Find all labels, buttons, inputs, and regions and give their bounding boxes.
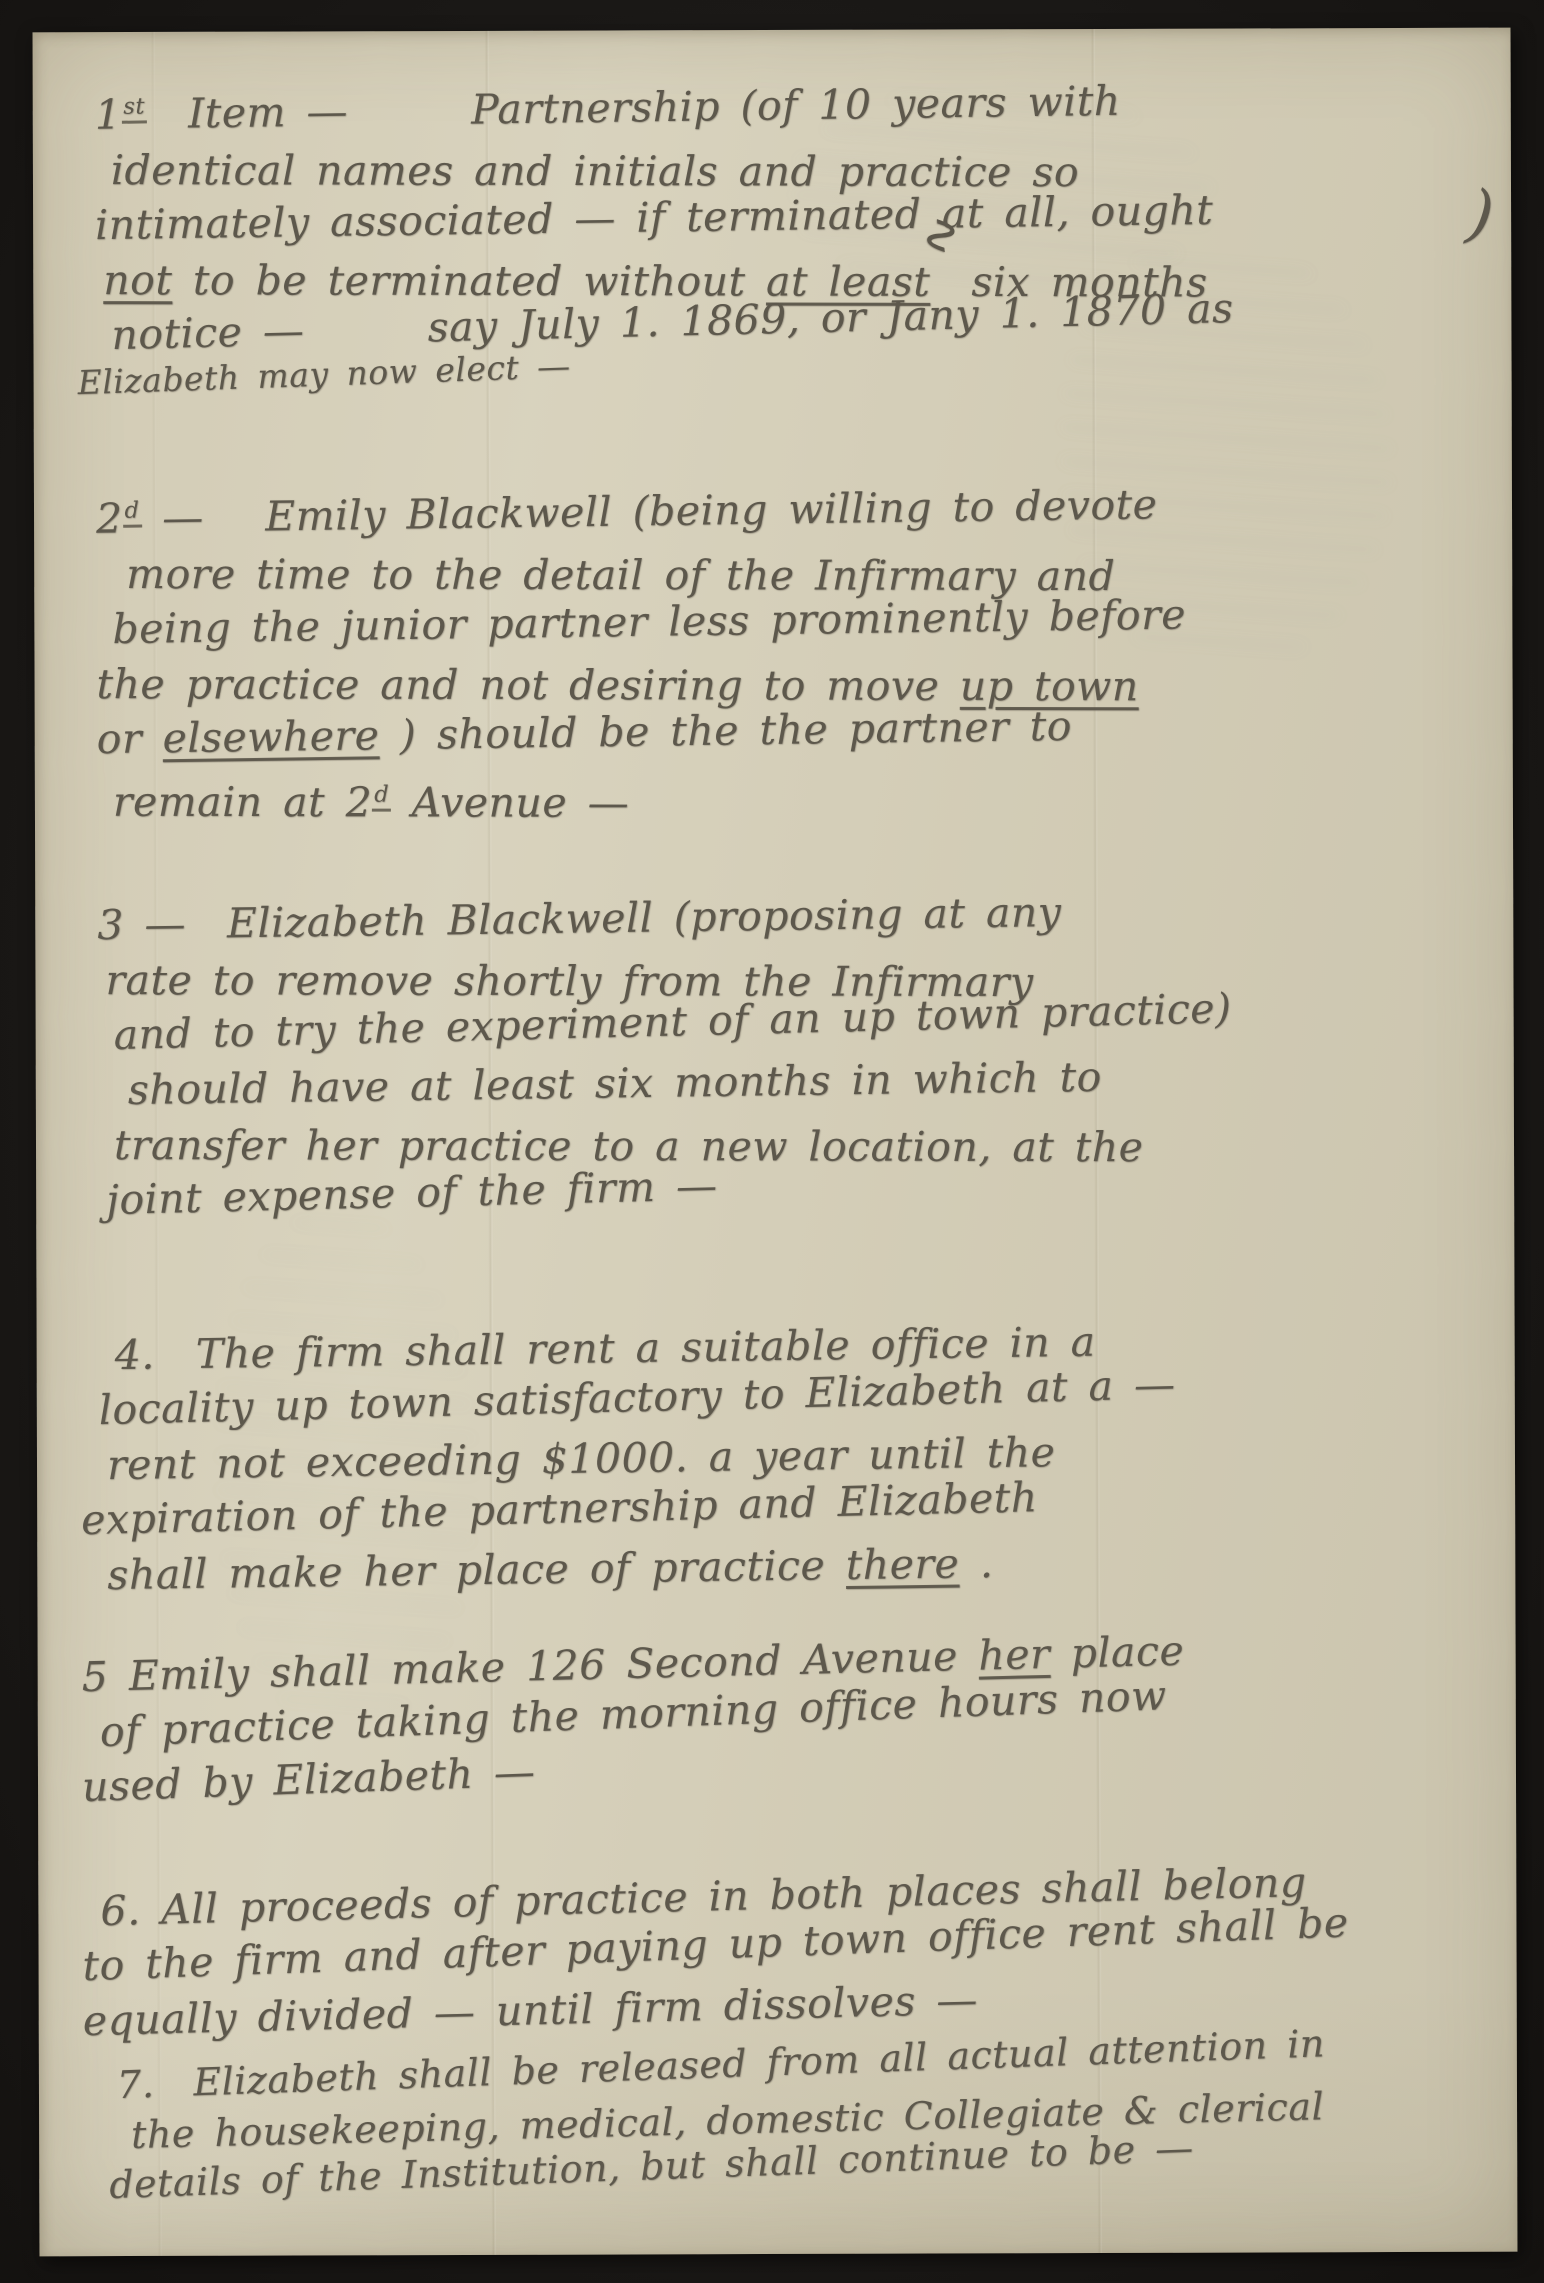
manuscript-item-2: 2d — Emily Blackwell (being willing to d… bbox=[96, 481, 1187, 830]
text-segment: or bbox=[96, 714, 162, 763]
text-segment: 2 bbox=[96, 494, 123, 542]
text-segment: shall make her place of practice bbox=[107, 1541, 846, 1599]
handwriting-line: shall make her place of practice there . bbox=[107, 1534, 1177, 1604]
margin-mark: ) bbox=[1463, 176, 1498, 253]
manuscript-item-4: 4. The firm shall rent a suitable office… bbox=[99, 1325, 1177, 1603]
text-segment: . bbox=[959, 1539, 994, 1587]
text-segment: ) should be the the partner to bbox=[379, 702, 1072, 759]
manuscript-item-1: 1st Item — Partnership (of 10 years with… bbox=[95, 77, 1234, 403]
text-segment: — Emily Blackwell (being willing to devo… bbox=[141, 480, 1157, 542]
handwriting-line: 2d — Emily Blackwell (being willing to d… bbox=[96, 469, 1186, 546]
ordinal-suffix: d bbox=[122, 498, 141, 528]
text-segment: Item — Partnership (of 10 years with bbox=[147, 77, 1121, 138]
text-segment: remain at 2 bbox=[113, 777, 372, 826]
manuscript-page: ) ∿ 1st Item — Partnership (of 10 years … bbox=[33, 28, 1518, 2257]
handwriting-line: remain at 2d Avenue — bbox=[113, 767, 1187, 832]
underlined-word: not bbox=[103, 256, 172, 304]
text-segment: 1 bbox=[94, 90, 121, 138]
ordinal-suffix: st bbox=[121, 93, 147, 123]
underlined-word: there bbox=[845, 1540, 959, 1590]
handwriting-line: 1st Item — Partnership (of 10 years with bbox=[94, 65, 1233, 143]
manuscript-item-7: 7. Elizabeth shall be released from all … bbox=[101, 2056, 1326, 2210]
underlined-word: elsewhere bbox=[162, 711, 379, 762]
manuscript-item-3: 3 — Elizabeth Blackwell (proposing at an… bbox=[97, 895, 1232, 1229]
handwriting-line: 3 — Elizabeth Blackwell (proposing at an… bbox=[97, 883, 1232, 953]
ordinal-suffix: d bbox=[372, 781, 391, 811]
scan-background: ) ∿ 1st Item — Partnership (of 10 years … bbox=[0, 0, 1544, 2283]
manuscript-item-5: 5 Emily shall make 126 Second Avenue her… bbox=[100, 1647, 1185, 1815]
text-segment: Avenue — bbox=[391, 778, 629, 826]
